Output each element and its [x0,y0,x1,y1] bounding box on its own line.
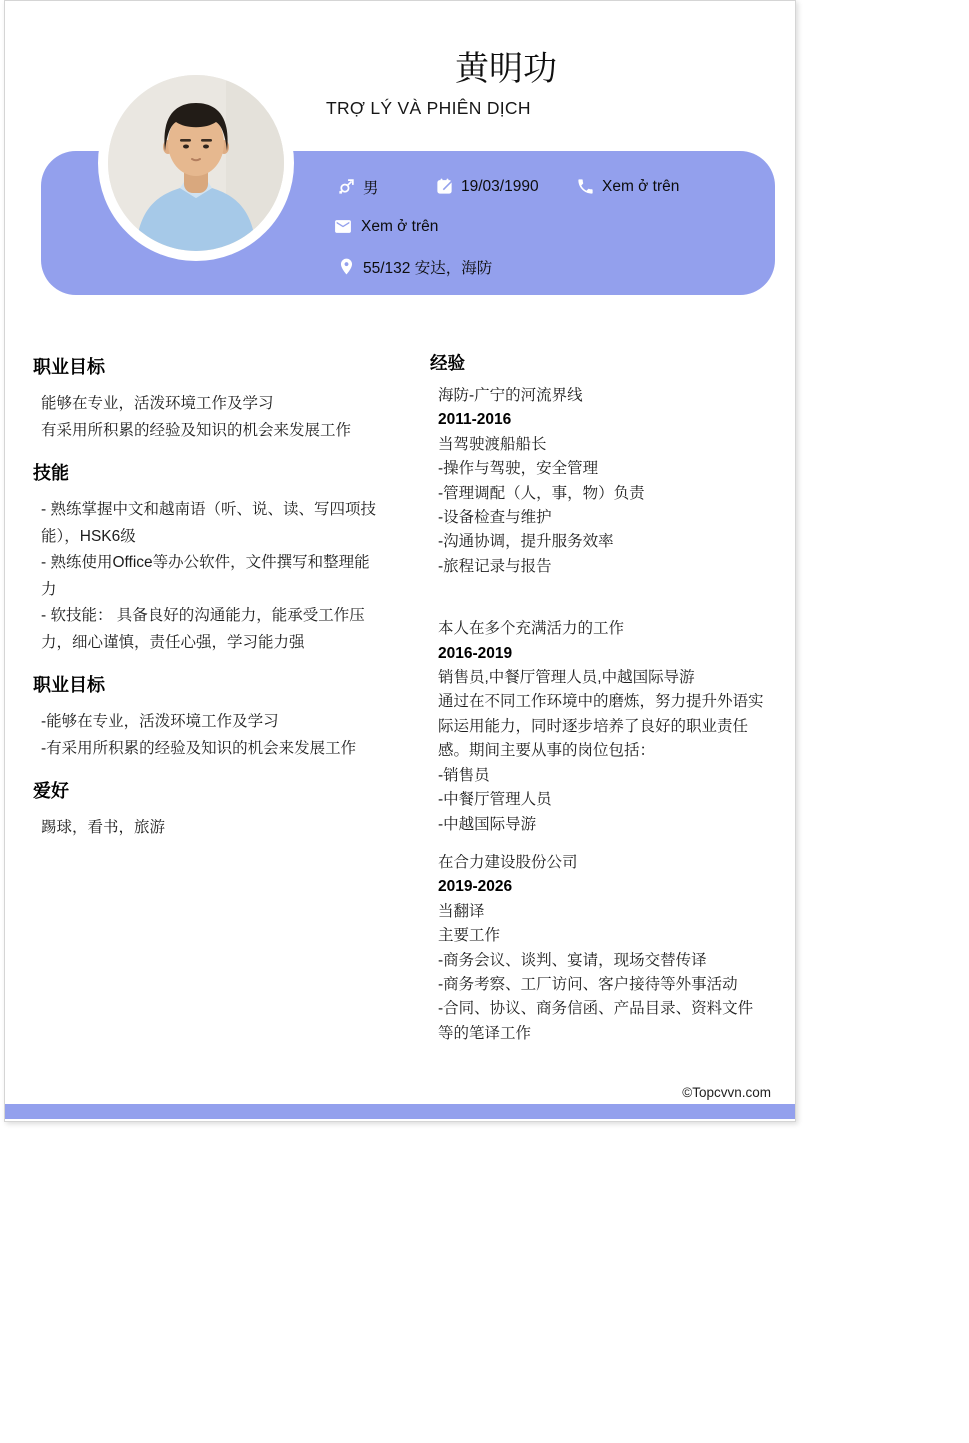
phone-value: Xem ở trên [602,178,679,196]
job-detail: 主要工作 [438,924,764,948]
section-hobbies: 爱好 踢球，看书，旅游 [33,777,377,842]
left-column: 职业目标 能够在专业，活泼环境工作及学习 有采用所积累的经验及知识的机会来发展工… [33,353,377,857]
job-detail: -设备检查与维护 [438,506,764,530]
experience-job: 海防-广宁的河流界线 2011-2016 当驾驶渡船船长 -操作与驾驶，安全管理… [438,384,764,579]
contact-phone: Xem ở trên [576,173,679,200]
phone-icon [576,177,595,196]
contact-address: 55/132 安达，海防 [337,253,492,280]
experience-column: 经验 海防-广宁的河流界线 2011-2016 当驾驶渡船船长 -操作与驾驶，安… [430,350,764,1046]
job-detail: -中越国际导游 [438,813,764,837]
email-icon [332,217,354,236]
job-detail: -管理调配（人，事，物）负责 [438,482,764,506]
section-line: -有采用所积累的经验及知识的机会来发展工作 [41,736,377,763]
section-line: 有采用所积累的经验及知识的机会来发展工作 [41,418,377,445]
calendar-icon [435,177,454,196]
contact-email: Xem ở trên [332,213,438,240]
experience-job: 在合力建设股份公司 2019-2026 当翻译 主要工作 -商务会议、谈判、宴请… [438,851,764,1046]
section-line: - 软技能： 具备良好的沟通能力，能承受工作压力，细心谨慎，责任心强，学习能力强 [41,603,377,656]
section-line: 能够在专业，活泼环境工作及学习 [41,391,377,418]
gender-value: 男 [363,176,379,198]
job-detail: -商务考察、工厂访问、客户接待等外事活动 [438,973,764,997]
job-place: 在合力建设股份公司 [438,851,764,875]
job-detail: -销售员 [438,764,764,788]
section-line: 踢球，看书，旅游 [41,815,377,842]
job-period: 2011-2016 [438,408,764,432]
watermark: ©Topcvvn.com [682,1085,771,1100]
address-value: 55/132 安达，海防 [363,256,492,278]
section-career-objective-1: 职业目标 能够在专业，活泼环境工作及学习 有采用所积累的经验及知识的机会来发展工… [33,353,377,444]
job-role: 销售员,中餐厅管理人员,中越国际导游 [438,666,764,690]
cv-page: 黄明功 TRỢ LÝ VÀ PHIÊN DỊCH 男 [4,0,796,1122]
candidate-name: 黄明功 [301,41,711,90]
section-line: -能够在专业，活泼环境工作及学习 [41,709,377,736]
candidate-job-title: TRỢ LÝ VÀ PHIÊN DỊCH [326,98,531,119]
section-title: 爱好 [33,777,377,803]
job-detail: -旅程记录与报告 [438,555,764,579]
section-title: 职业目标 [33,671,377,697]
job-period: 2016-2019 [438,642,764,666]
experience-job: 本人在多个充满活力的工作 2016-2019 销售员,中餐厅管理人员,中越国际导… [438,617,764,837]
job-detail: -合同、协议、商务信函、产品目录、资料文件等的笔译工作 [438,997,764,1046]
experience-title: 经验 [430,350,764,375]
section-skills: 技能 - 熟练掌握中文和越南语（听、说、读、写四项技能），HSK6级 - 熟练使… [33,459,377,656]
job-detail: 通过在不同工作环境中的磨炼，努力提升外语实际运用能力，同时逐步培养了良好的职业责… [438,690,764,763]
job-detail: -商务会议、谈判、宴请，现场交替传译 [438,949,764,973]
gender-icon [337,177,356,196]
job-detail: -沟通协调，提升服务效率 [438,530,764,554]
section-title: 技能 [33,459,377,485]
job-role: 当翻译 [438,900,764,924]
section-title: 职业目标 [33,353,377,379]
section-line: - 熟练使用Office等办公软件，文件撰写和整理能力 [41,550,377,603]
section-career-objective-2: 职业目标 -能够在专业，活泼环境工作及学习 -有采用所积累的经验及知识的机会来发… [33,671,377,762]
contact-gender: 男 [337,173,379,200]
job-role: 当驾驶渡船船长 [438,433,764,457]
bottom-accent-bar [5,1104,795,1119]
location-pin-icon [337,257,356,276]
profile-photo [98,65,294,261]
job-place: 本人在多个充满活力的工作 [438,617,764,641]
job-place: 海防-广宁的河流界线 [438,384,764,408]
contact-birthdate: 19/03/1990 [435,173,539,200]
email-value: Xem ở trên [361,218,438,236]
job-detail: -中餐厅管理人员 [438,788,764,812]
section-line: - 熟练掌握中文和越南语（听、说、读、写四项技能），HSK6级 [41,497,377,550]
job-detail: -操作与驾驶，安全管理 [438,457,764,481]
birthdate-value: 19/03/1990 [461,178,539,196]
job-period: 2019-2026 [438,875,764,899]
